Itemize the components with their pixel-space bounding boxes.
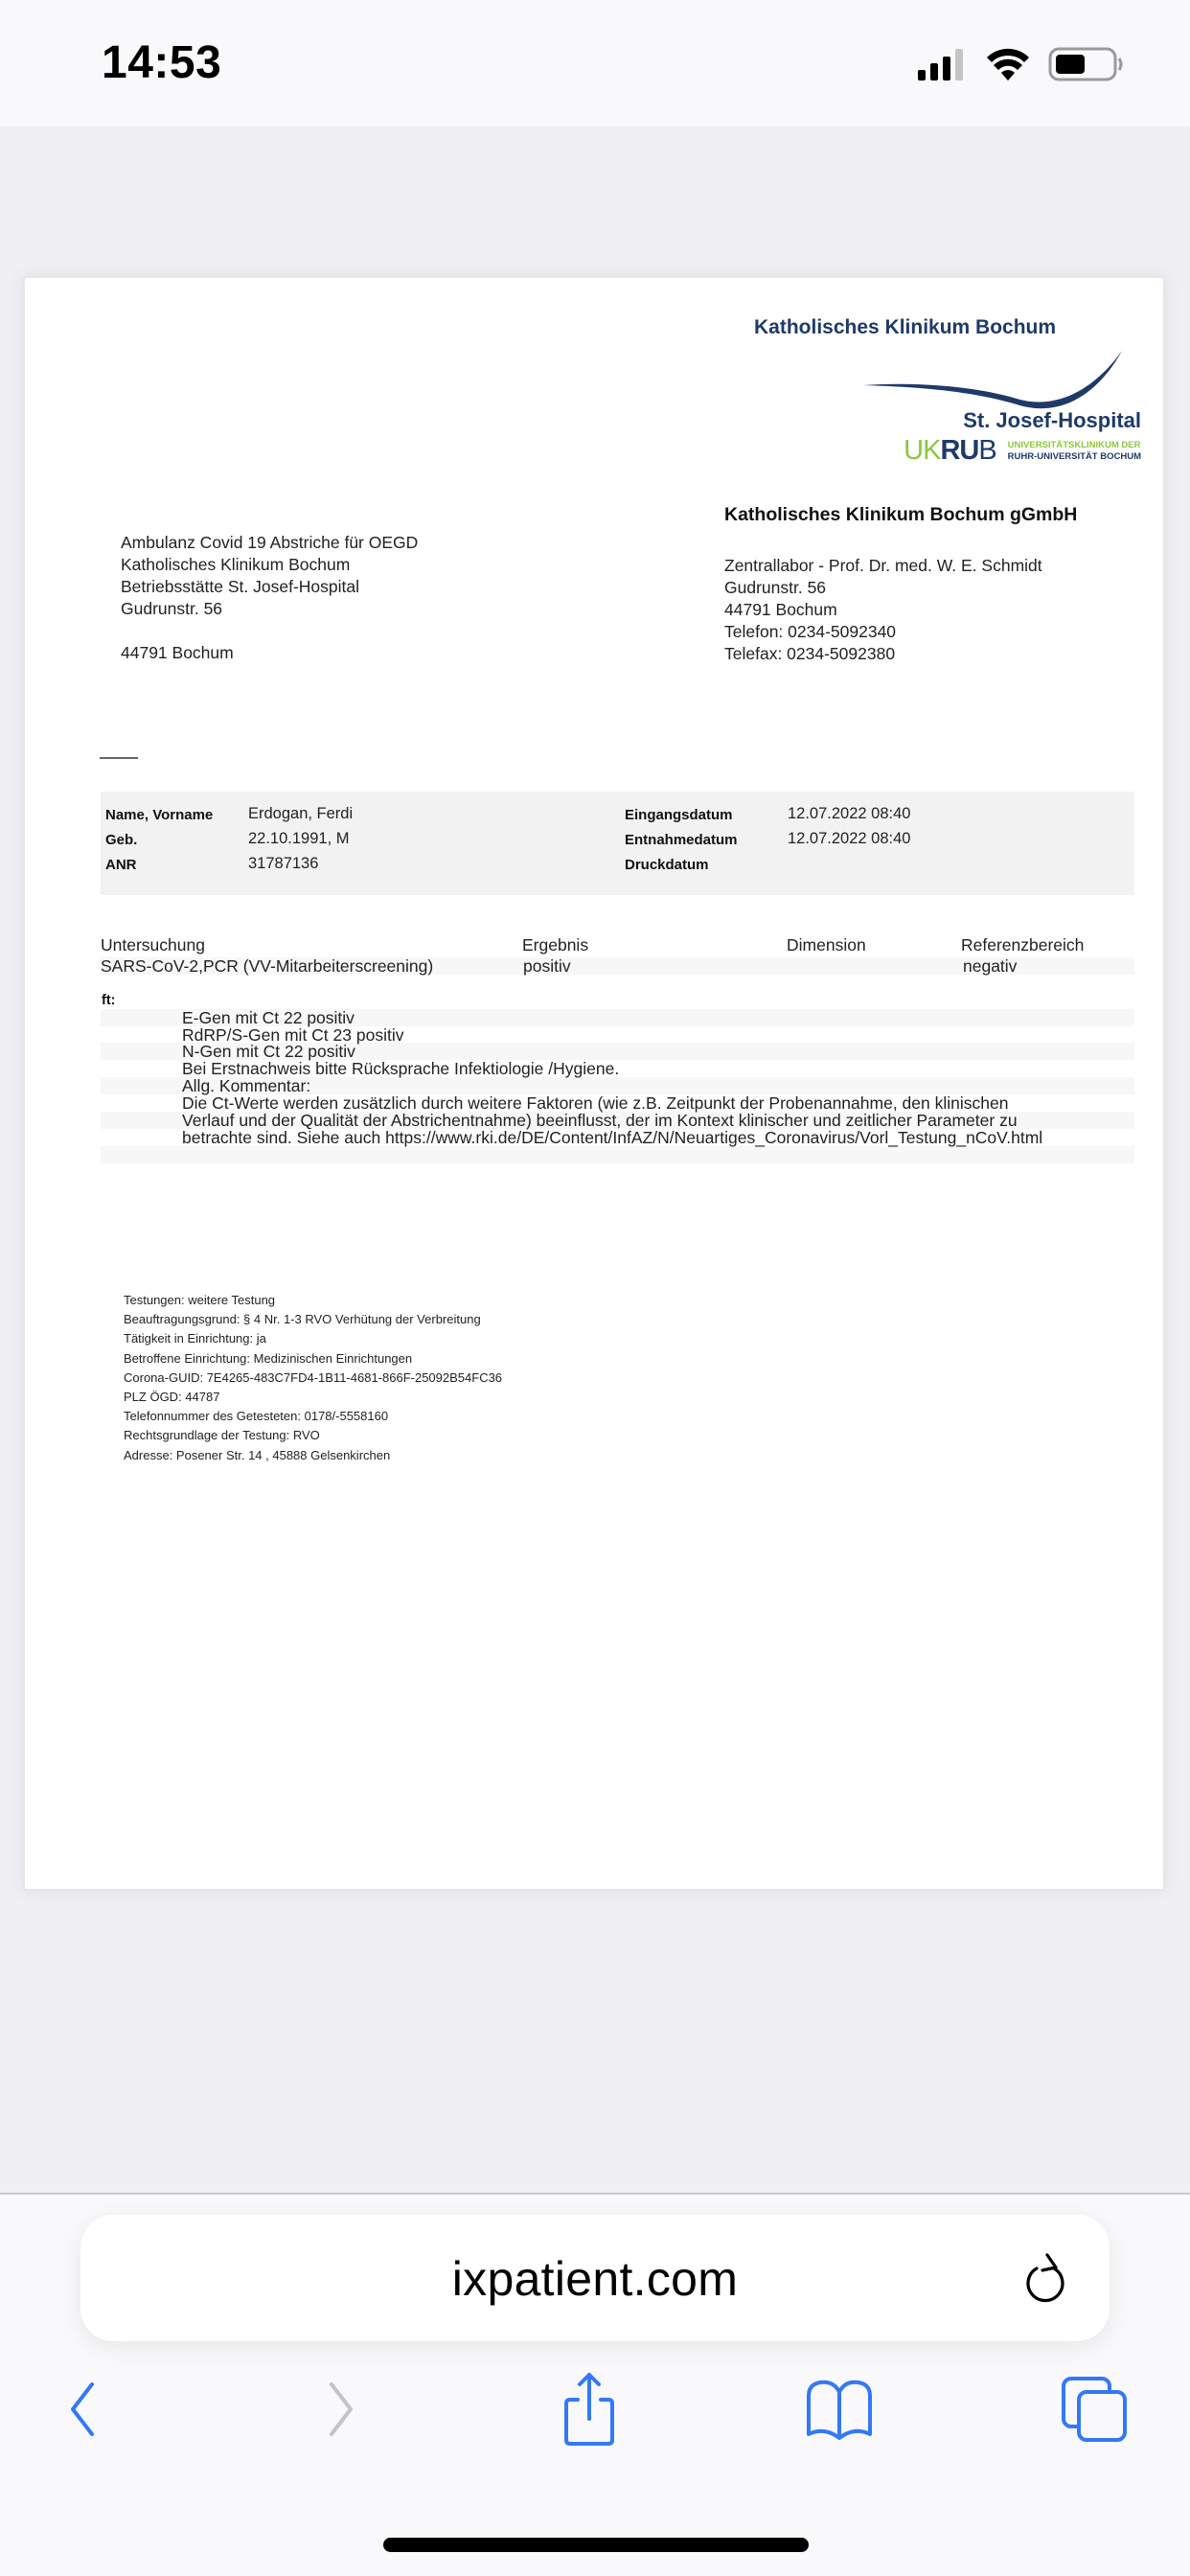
tabs-button[interactable] bbox=[1056, 2371, 1133, 2448]
printed-label: Druckdatum bbox=[625, 857, 709, 873]
logo-title: Katholisches Klinikum Bochum bbox=[754, 316, 1056, 339]
pdf-page: Katholisches Klinikum Bochum St. Josef-H… bbox=[23, 276, 1165, 1891]
name-label: Name, Vorname bbox=[105, 807, 213, 823]
logo-hospital-name: St. Josef-Hospital bbox=[963, 408, 1141, 433]
back-button[interactable] bbox=[44, 2371, 121, 2448]
col-header-test: Untersuchung bbox=[101, 935, 205, 955]
chevron-right-icon bbox=[322, 2379, 360, 2440]
ukrub-text: UNIVERSITÄTSKLINIKUM DER RUHR-UNIVERSITÄ… bbox=[1008, 440, 1141, 463]
anr-value: 31787136 bbox=[248, 855, 318, 873]
comment-line: N-Gen mit Ct 22 positiv bbox=[182, 1043, 355, 1060]
footnote-label: ft: bbox=[102, 993, 116, 1008]
share-icon bbox=[559, 2371, 620, 2448]
bookmarks-button[interactable] bbox=[801, 2371, 878, 2448]
patient-info-panel: Name, Vorname Erdogan, Ferdi Geb. 22.10.… bbox=[101, 792, 1134, 895]
ukrub-logo: UKRUB UNIVERSITÄTSKLINIKUM DER RUHR-UNIV… bbox=[904, 435, 1141, 467]
name-value: Erdogan, Ferdi bbox=[248, 805, 353, 823]
comment-line: betrachte sind. Siehe auch https://www.r… bbox=[182, 1129, 1042, 1146]
received-label: Eingangsdatum bbox=[625, 807, 733, 823]
forward-button[interactable] bbox=[303, 2371, 379, 2448]
comment-line: Die Ct-Werte werden zusätzlich durch wei… bbox=[182, 1094, 1008, 1112]
result-reference: negativ bbox=[963, 957, 1017, 975]
status-bar: 14:53 bbox=[0, 0, 1190, 126]
chevron-left-icon bbox=[63, 2379, 102, 2440]
sender-address: Ambulanz Covid 19 Abstriche für OEGD Kat… bbox=[121, 532, 418, 664]
url-text[interactable]: ixpatient.com bbox=[80, 2251, 1110, 2307]
birth-value: 22.10.1991, M bbox=[248, 830, 350, 848]
comment-line: Bei Erstnachweis bitte Rücksprache Infek… bbox=[182, 1060, 619, 1077]
comment-stripe bbox=[101, 1146, 1134, 1163]
result-value: positiv bbox=[523, 957, 571, 975]
reload-icon[interactable] bbox=[1016, 2249, 1073, 2311]
status-icons bbox=[916, 46, 1125, 82]
collected-value: 12.07.2022 08:40 bbox=[788, 830, 910, 848]
company-name: Katholisches Klinikum Bochum gGmbH bbox=[724, 504, 1077, 526]
anr-label: ANR bbox=[105, 857, 137, 873]
birth-label: Geb. bbox=[105, 832, 137, 848]
home-indicator[interactable] bbox=[383, 2538, 809, 2552]
col-header-dimension: Dimension bbox=[787, 935, 866, 955]
comment-line: Allg. Kommentar: bbox=[182, 1077, 310, 1094]
battery-icon bbox=[1048, 46, 1125, 82]
book-icon bbox=[803, 2379, 876, 2440]
ukrub-mark: UKRUB bbox=[904, 435, 996, 467]
result-test: SARS-CoV-2,PCR (VV-Mitarbeiterscreening) bbox=[101, 957, 433, 975]
received-value: 12.07.2022 08:40 bbox=[788, 805, 910, 823]
divider bbox=[100, 757, 138, 759]
comment-line: Verlauf und der Qualität der Abstrichent… bbox=[182, 1112, 1018, 1129]
lab-address: Zentrallabor - Prof. Dr. med. W. E. Schm… bbox=[724, 555, 1042, 665]
comment-line: E-Gen mit Ct 22 positiv bbox=[182, 1009, 355, 1026]
tabs-icon bbox=[1060, 2375, 1129, 2444]
logo-swoosh-icon bbox=[729, 343, 1141, 410]
address-bar[interactable]: ixpatient.com bbox=[80, 2215, 1110, 2341]
cellular-signal-icon bbox=[916, 47, 968, 81]
notification-info: Testungen: weitere Testung Beauftragungs… bbox=[124, 1291, 502, 1465]
status-time: 14:53 bbox=[102, 36, 221, 89]
share-button[interactable] bbox=[551, 2371, 628, 2448]
hospital-logo: Katholisches Klinikum Bochum St. Josef-H… bbox=[729, 316, 1141, 470]
col-header-reference: Referenzbereich bbox=[961, 935, 1084, 955]
wifi-icon bbox=[985, 46, 1031, 82]
collected-label: Entnahmedatum bbox=[625, 832, 738, 848]
col-header-result: Ergebnis bbox=[522, 935, 588, 955]
